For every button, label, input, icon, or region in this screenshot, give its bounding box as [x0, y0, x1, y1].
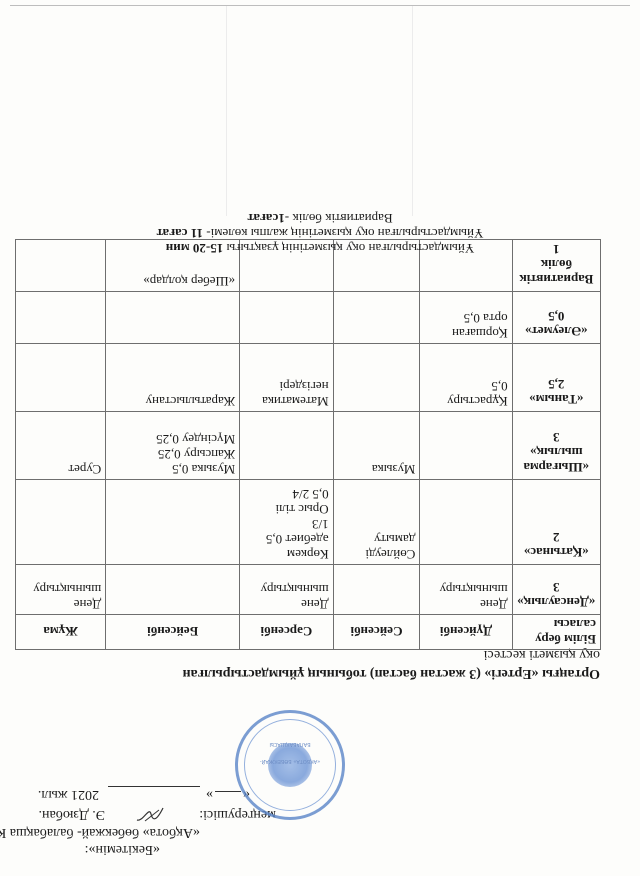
note-volume: Ұйымдастырылған оқу қызметінің жалпы көл…: [90, 226, 550, 241]
approval-organization: «Ақбота» бөбекжай- балабақша КМҚК: [0, 824, 200, 841]
schedule-cell: [106, 565, 240, 615]
table-row: «Таным»2,5Құрастыру0,5Математиканегіздер…: [16, 344, 601, 412]
schedule-cell: [240, 412, 334, 480]
schedule-cell: Математиканегіздері: [240, 344, 334, 412]
approval-heading: «Бекітемін»:: [85, 841, 160, 858]
area-cell: «Денсаулық»3: [512, 565, 600, 615]
lesson-text: Музыка: [338, 462, 416, 477]
scan-edge-line: [10, 5, 630, 6]
schedule-cell: Сурет: [16, 412, 106, 480]
table-row: «Шығарма шылық»3МузыкаМузыка 0,5Жапсыру …: [16, 412, 601, 480]
official-stamp-icon: «АҚБОТА» БӨБЕКЖАЙ-БАЛАБАҚШАСЫ: [235, 710, 345, 820]
table-row: «Қатынас»2СөйлеудідамытуКөркемәдебиет 0,…: [16, 480, 601, 565]
schedule-cell: Қоршағанорта 0,5: [420, 292, 512, 344]
schedule-notes: Ұйымдастырылған оқу қызметінің ұзақтығы …: [90, 211, 550, 256]
area-hours: 3: [517, 580, 596, 595]
header-wednesday: Сәрсенбі: [240, 615, 334, 650]
lesson-text: Көркем: [244, 547, 329, 562]
area-name: «Әлеумет»: [517, 324, 596, 339]
lesson-text: орта 0,5: [424, 311, 507, 326]
lesson-text: Жаратылыстану: [110, 394, 235, 409]
schedule-cell: Денешынықтыру: [16, 565, 106, 615]
schedule-cell: [420, 480, 512, 565]
lesson-text: шынықтыру: [244, 582, 329, 597]
lesson-text: 1/3: [244, 517, 329, 532]
note-duration-label: Ұйымдастырылған оқу қызметінің ұзақтығы: [226, 241, 474, 256]
header-tuesday: Сейсенбі: [333, 615, 420, 650]
lesson-text: Орыс тілі: [244, 502, 329, 517]
lesson-text: шынықтыру: [424, 582, 507, 597]
lesson-text: Қоршаған: [424, 326, 507, 341]
schedule-cell: Музыка: [333, 412, 420, 480]
schedule-cell: Көркемәдебиет 0,51/3Орыс тілі0,5 2/4: [240, 480, 334, 565]
table-row: «Әлеумет»0,5Қоршағанорта 0,5: [16, 292, 601, 344]
signature-icon: [135, 806, 165, 824]
note-variative-value: 1сағат: [247, 211, 284, 226]
date-day-blank: [215, 791, 241, 792]
schedule-cell: Жаратылыстану: [106, 344, 240, 412]
lesson-text: «Шебер қолдар»: [110, 274, 235, 289]
header-thursday: Бейсенбі: [106, 615, 240, 650]
lesson-text: 0,5 2/4: [244, 487, 329, 502]
schedule-cell: Құрастыру0,5: [420, 344, 512, 412]
document-title: Ортаңғы «Ертегі» (3 жастан бастап) тобын…: [40, 645, 600, 683]
lesson-text: дамыту: [338, 532, 416, 547]
schedule-cell: [420, 412, 512, 480]
area-hours: 0,5: [517, 309, 596, 324]
area-hours: 3: [517, 430, 596, 445]
lesson-text: шынықтыру: [20, 582, 101, 597]
note-volume-value: 11 сағат: [157, 226, 203, 241]
scanned-page-rotated: «Бекітемін»: «Ақбота» бөбекжай- балабақш…: [0, 0, 640, 876]
lesson-text: Жапсыру 0,25: [110, 447, 235, 462]
date-year: 2021 жыл.: [38, 787, 99, 802]
table-row: «Денсаулық»3ДенешынықтыруДенешынықтыруДе…: [16, 565, 601, 615]
bleed-through-line: [412, 6, 413, 216]
lesson-text: Музыка 0,5: [110, 462, 235, 477]
lesson-text: Математика: [244, 394, 329, 409]
area-name: «Шығарма шылық»: [517, 445, 596, 475]
header-area: Білім беру саласы: [512, 615, 600, 650]
note-duration-value: 15-20 мин: [166, 241, 223, 256]
area-name: «Қатынас»: [517, 545, 596, 560]
schedule-cell: [16, 292, 106, 344]
table-header-row: Білім беру саласы Дүйсенбі Сейсенбі Сәрс…: [16, 615, 601, 650]
header-friday: Жұма: [16, 615, 106, 650]
lesson-text: Дене: [424, 597, 507, 612]
schedule-cell: [333, 292, 420, 344]
lesson-text: Дене: [20, 597, 101, 612]
area-hours: 2,5: [517, 377, 596, 392]
note-duration: Ұйымдастырылған оқу қызметінің ұзақтығы …: [90, 241, 550, 256]
header-monday: Дүйсенбі: [420, 615, 512, 650]
schedule-cell: [106, 292, 240, 344]
schedule-cell: [333, 565, 420, 615]
lesson-text: Құрастыру: [424, 394, 507, 409]
bleed-through-line: [226, 6, 227, 216]
note-volume-label: Ұйымдастырылған оқу қызметінің жалпы көл…: [206, 226, 483, 241]
lesson-text: Дене: [244, 597, 329, 612]
schedule-cell: Денешынықтыру: [240, 565, 334, 615]
note-variative-label: Вариативтік бөлік -: [285, 211, 393, 226]
approval-date: «» 2021 жыл.: [38, 786, 250, 803]
schedule-cell: Сөйлеудідамыту: [333, 480, 420, 565]
schedule-table: Білім беру саласы Дүйсенбі Сейсенбі Сәрс…: [15, 239, 601, 650]
schedule-cell: [16, 480, 106, 565]
area-hours: 2: [517, 530, 596, 545]
area-cell: «Таным»2,5: [512, 344, 600, 412]
lesson-text: әдебиет 0,5: [244, 532, 329, 547]
table-body: «Денсаулық»3ДенешынықтыруДенешынықтыруДе…: [16, 240, 601, 615]
area-name: «Денсаулық»: [517, 595, 596, 610]
area-name: «Таным»: [517, 392, 596, 407]
lesson-text: 0,5: [424, 379, 507, 394]
area-cell: «Әлеумет»0,5: [512, 292, 600, 344]
date-month-blank: [109, 786, 201, 787]
schedule-cell: [106, 480, 240, 565]
schedule-cell: [16, 344, 106, 412]
schedule-cell: Денешынықтыру: [420, 565, 512, 615]
note-variative: Вариативтік бөлік -1сағат: [90, 211, 550, 226]
area-cell: «Қатынас»2: [512, 480, 600, 565]
stamp-text: «АҚБОТА» БӨБЕКЖАЙ-БАЛАБАҚШАСЫ: [248, 735, 332, 769]
area-name: Вариативтік бөлік: [517, 257, 596, 287]
lesson-text: Мүсіндеу 0,25: [110, 432, 235, 447]
schedule-cell: Музыка 0,5Жапсыру 0,25Мүсіндеу 0,25: [106, 412, 240, 480]
lesson-text: Сурет: [20, 462, 101, 477]
schedule-cell: [333, 344, 420, 412]
date-quote-close: »: [206, 787, 213, 802]
area-cell: «Шығарма шылық»3: [512, 412, 600, 480]
schedule-cell: [240, 292, 334, 344]
lesson-text: Сөйлеуді: [338, 547, 416, 562]
lesson-text: негіздері: [244, 379, 329, 394]
title-main: Ортаңғы «Ертегі» (3 жастан бастап) тобын…: [183, 666, 600, 681]
approval-director-name: Э. Дзюбан.: [39, 806, 105, 823]
